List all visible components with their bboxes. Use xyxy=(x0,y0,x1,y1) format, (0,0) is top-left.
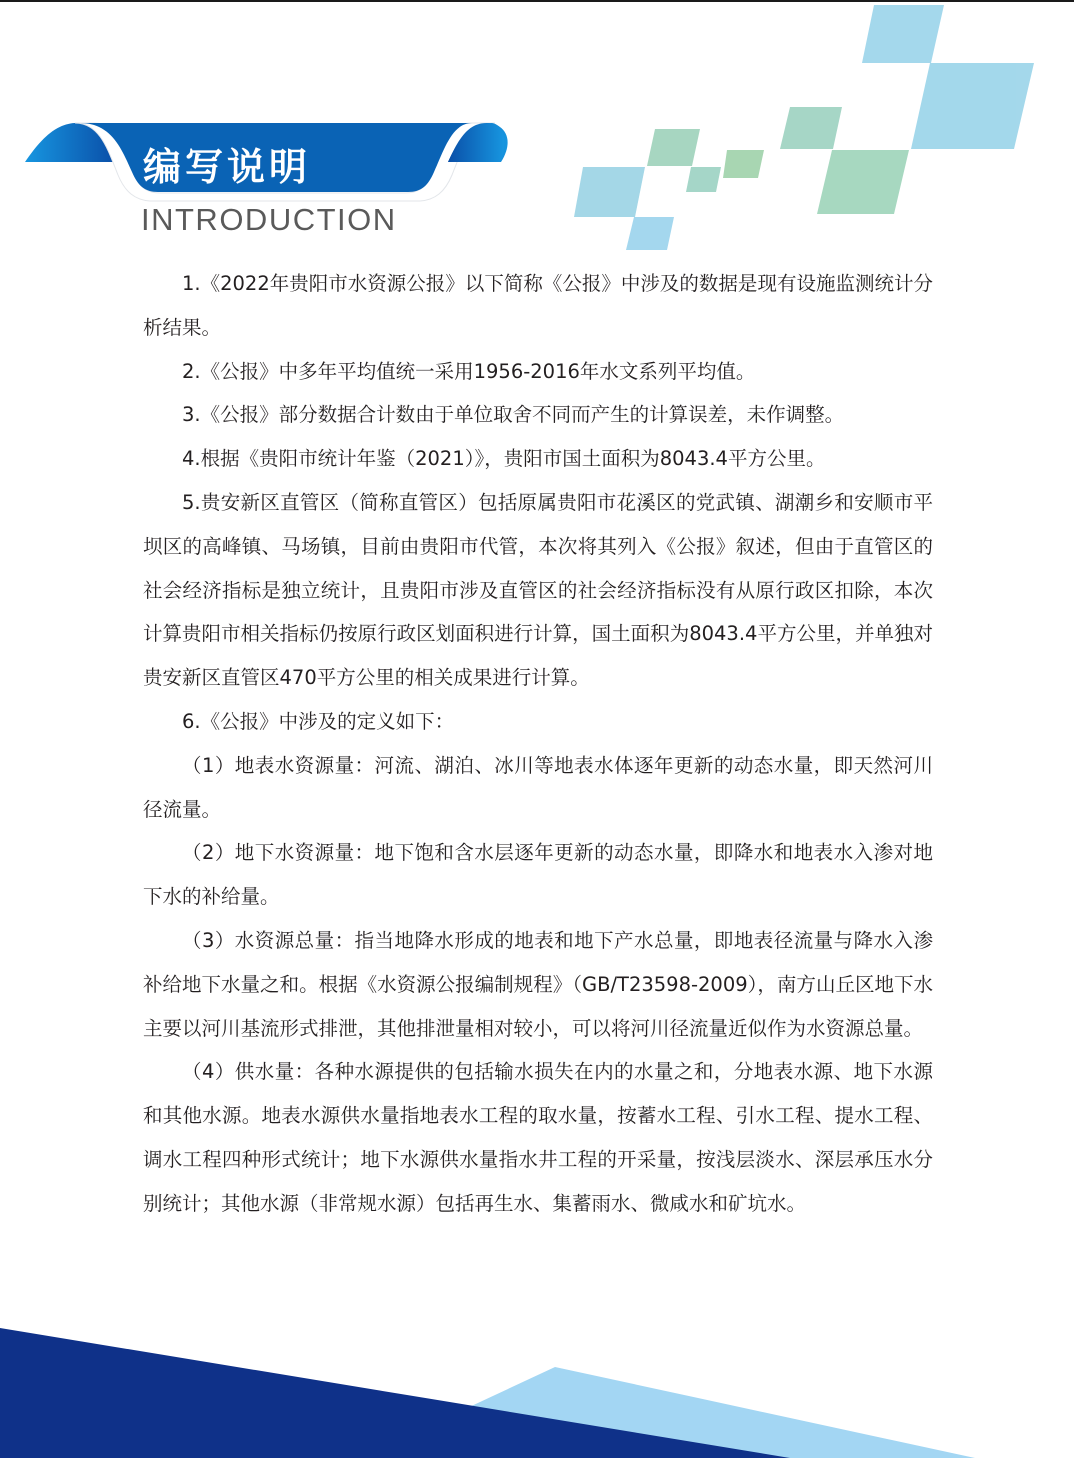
definition-surface-water: （1）地表水资源量：河流、湖泊、冰川等地表水体逐年更新的动态水量，即天然河川径流… xyxy=(143,744,933,832)
introduction-body: 1.《2022年贵阳市水资源公报》以下简称《公报》中涉及的数据是现有设施监测统计… xyxy=(143,262,933,1226)
paragraph-5: 5.贵安新区直管区（简称直管区）包括原属贵阳市花溪区的党武镇、湖潮乡和安顺市平坝… xyxy=(143,481,933,700)
paragraph-2: 2.《公报》中多年平均值统一采用1956-2016年水文系列平均值。 xyxy=(143,350,933,394)
paragraph-6: 6.《公报》中涉及的定义如下： xyxy=(143,700,933,744)
definition-total-water-resources: （3）水资源总量：指当地降水形成的地表和地下产水总量，即地表径流量与降水入渗补给… xyxy=(143,919,933,1050)
section-title: 编写说明 xyxy=(143,136,311,191)
definition-water-supply: （4）供水量：各种水源提供的包括输水损失在内的水量之和，分地表水源、地下水源和其… xyxy=(143,1050,933,1225)
paragraph-4: 4.根据《贵阳市统计年鉴（2021）》，贵阳市国土面积为8043.4平方公里。 xyxy=(143,437,933,481)
decorative-squares xyxy=(574,5,1034,250)
paragraph-1: 1.《2022年贵阳市水资源公报》以下简称《公报》中涉及的数据是现有设施监测统计… xyxy=(143,262,933,350)
definition-groundwater: （2）地下水资源量：地下饱和含水层逐年更新的动态水量，即降水和地表水入渗对地下水… xyxy=(143,831,933,919)
section-subtitle: INTRODUCTION xyxy=(141,202,397,238)
paragraph-3: 3.《公报》部分数据合计数由于单位取舍不同而产生的计算误差，未作调整。 xyxy=(143,393,933,437)
